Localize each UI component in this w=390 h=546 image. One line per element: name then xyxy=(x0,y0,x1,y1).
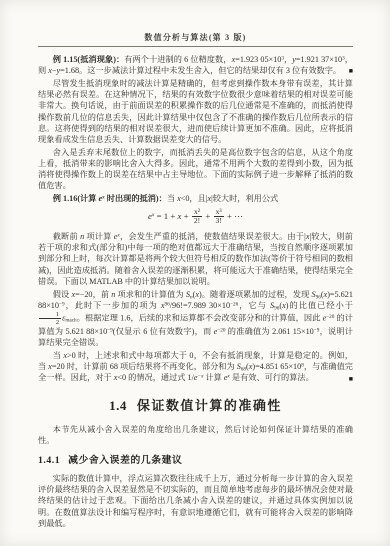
section-number: 1.4 xyxy=(109,398,127,413)
section-heading-1-4: 1.4保证数值计算的准确性 xyxy=(38,397,353,414)
paragraph-rounding-vs-cancellation: 舍入是丢弃末尾数位上的数字，而抵消丢失的是高位数字包含的信息，从这个角度上看，抵… xyxy=(38,147,353,192)
subsection-heading-1-4-1: 1.4.1减少舍入误差的几条建议 xyxy=(38,454,353,467)
paragraph-cancellation-discussion: 尽管发生抵消现象时的减法计算是精确的，但考虑到操作数本身带有误差，其计算结果必然… xyxy=(38,78,353,145)
subsection-number: 1.4.1 xyxy=(38,455,60,466)
paragraph-section-intro: 本节先从减小舍入误差的角度给出几条建议，然后讨论如何保证计算结果的准确性。 xyxy=(38,424,353,446)
paragraph-subsection-body: 实际的数值计算中，浮点运算次数往往成千上万，通过分析每一步计算的舍入误差评价最终… xyxy=(38,473,353,529)
subsection-title: 减少舍入误差的几条建议 xyxy=(68,455,182,466)
header-rule xyxy=(38,46,353,47)
section-title: 保证数值计算的准确性 xyxy=(137,398,282,413)
paragraph-example-1-15: 例 1.15(抵消现象)：有两个十进制的 6 位精度数，x=1.923 05×1… xyxy=(38,54,353,76)
paragraph-truncation-explanation: 截断前 n 项计算 ex，会发生严重的抵消，使数值结果误差很大。由于|x|较大，… xyxy=(38,231,353,287)
book-page: 数值分析与算法(第 3 版) 例 1.15(抵消现象)：有两个十进制的 6 位精… xyxy=(0,0,390,546)
paragraph-example-1-16-lead: 例 1.16(计算 ex 时出现的抵消)：当 x<0，且|x|较大时，利用公式 xyxy=(38,193,353,204)
running-head: 数值分析与算法(第 3 版) xyxy=(38,33,353,43)
paragraph-positive-x: 当 x>0 时，上述求和式中每项都大于 0，不会有抵消现象，计算是稳定的。例如，… xyxy=(38,350,353,384)
paragraph-matlab-negative-x: 假设 x=−20，前 n 项求和的计算值为 Sn(x)。随着逐项累加的过程，发现… xyxy=(38,289,353,349)
taylor-series-formula: ex = 1 + x + x²2! + x³3! + ⋯ xyxy=(38,208,353,225)
